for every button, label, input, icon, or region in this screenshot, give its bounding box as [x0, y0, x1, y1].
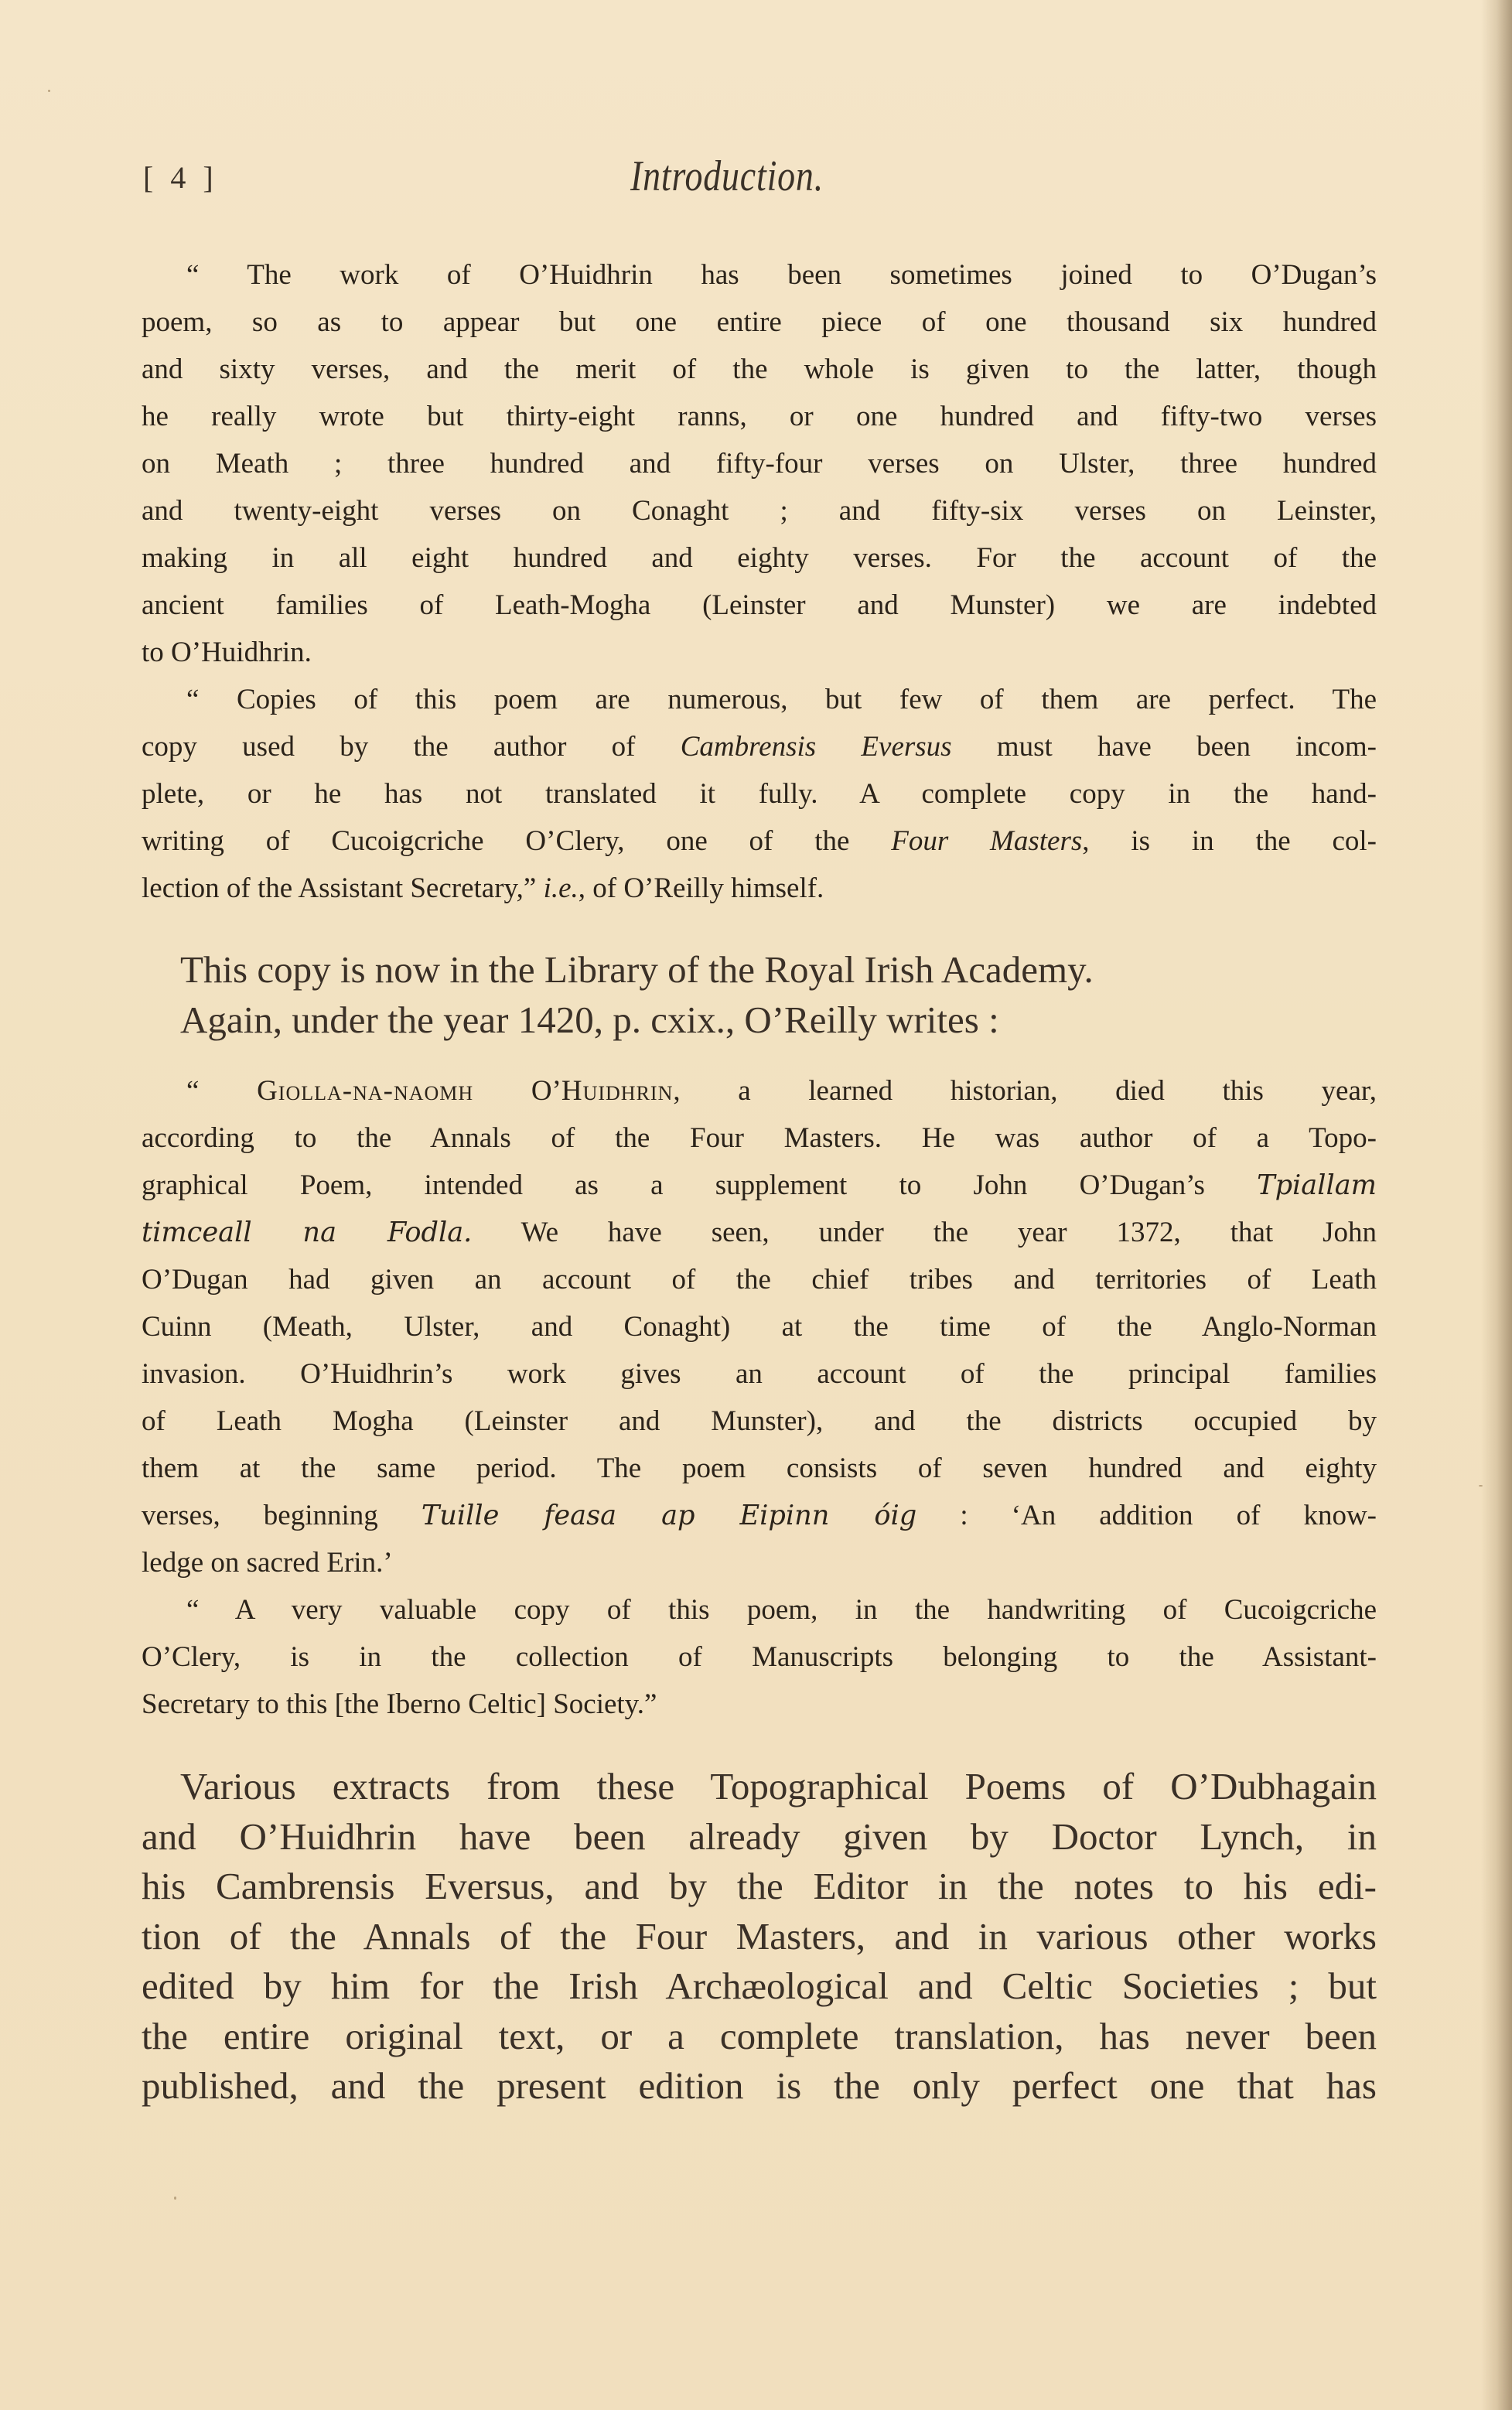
line-text: and twenty-eight verses on Conaght ; and…: [142, 495, 1377, 527]
text-line: poem, so as to appear but one entire pie…: [142, 299, 1377, 346]
paper-speck: [1479, 1485, 1483, 1487]
italic-title: Cambrensis Eversus: [681, 731, 952, 763]
text-line: according to the Annals of the Four Mast…: [142, 1115, 1377, 1162]
italic-title: i.e.: [544, 872, 579, 904]
line-text: making in all eight hundred and eighty v…: [142, 542, 1377, 574]
italic-title: Four Masters: [891, 825, 1082, 857]
line-text: he really wrote but thirty-eight ranns, …: [142, 401, 1377, 432]
text-block-narrative-1: This copy is now in the Library of the R…: [142, 945, 1377, 1045]
text-line: them at the same period. The poem consis…: [142, 1445, 1377, 1492]
text-line: Secretary to this [the Iberno Celtic] So…: [142, 1681, 1377, 1728]
line-text: edited by him for the Irish Archæologica…: [142, 1965, 1377, 2007]
book-page: [ 4 ] Introduction. “ The work of O’Huid…: [0, 0, 1512, 2410]
gaelic-text: Tuille feasa ap Eipinn óig: [422, 1500, 916, 1531]
text-line: ledge on sacred Erin.’: [142, 1539, 1377, 1586]
text-line: edited by him for the Irish Archæologica…: [142, 1961, 1377, 2012]
line-text: We have seen, under the year 1372, that …: [472, 1217, 1377, 1248]
text-line: he really wrote but thirty-eight ranns, …: [142, 393, 1377, 440]
text-line: “ The work of O’Huidhrin has been someti…: [142, 251, 1377, 299]
line-text: on Meath ; three hundred and fifty-four …: [142, 448, 1377, 480]
text-line: the entire original text, or a complete …: [142, 2012, 1377, 2062]
line-text: graphical Poem, intended as a supplement…: [142, 1169, 1257, 1201]
line-text: lection of the Assistant Secretary,”: [142, 872, 544, 904]
line-text: according to the Annals of the Four Mast…: [142, 1122, 1377, 1154]
text-line: and O’Huidhrin have been already given b…: [142, 1812, 1377, 1862]
text-block-narrative-2: Various extracts from these Topographica…: [142, 1762, 1377, 2111]
line-text: O’: [473, 1075, 561, 1107]
text-line: verses, beginning Tuille feasa ap Eipinn…: [142, 1492, 1377, 1539]
text-block-quote-2: “ Giolla-na-naomh O’Huidhrin, a learned …: [142, 1067, 1377, 1728]
line-text: plete, or he has not translated it fully…: [142, 778, 1377, 810]
text-line: “ Giolla-na-naomh O’Huidhrin, a learned …: [142, 1067, 1377, 1115]
line-text: tion of the Annals of the Four Masters, …: [142, 1915, 1377, 1958]
line-text: ancient families of Leath-Mogha (Leinste…: [142, 589, 1377, 621]
text-line: O’Dugan had given an account of the chie…: [142, 1256, 1377, 1303]
line-text: : ‘An addition of know-: [916, 1500, 1377, 1531]
line-text: and sixty verses, and the merit of the w…: [142, 353, 1377, 385]
line-text: them at the same period. The poem consis…: [142, 1452, 1377, 1484]
line-text: Various extracts from these Topographica…: [180, 1765, 1377, 1807]
text-line: “ A very valuable copy of this poem, in …: [142, 1586, 1377, 1633]
text-line: timceall na Fodla. We have seen, under t…: [142, 1209, 1377, 1256]
line-text: of Leath Mogha (Leinster and Munster), a…: [142, 1405, 1377, 1437]
text-line: and twenty-eight verses on Conaght ; and…: [142, 487, 1377, 534]
text-line: to O’Huidhrin.: [142, 629, 1377, 676]
text-block-quote-1: “ The work of O’Huidhrin has been someti…: [142, 251, 1377, 912]
small-caps-name: Huidhrin: [561, 1075, 673, 1107]
line-text: “: [186, 1075, 257, 1107]
text-line: This copy is now in the Library of the R…: [142, 945, 1377, 995]
text-line: O’Clery, is in the collection of Manuscr…: [142, 1633, 1377, 1681]
line-text: O’Dugan had given an account of the chie…: [142, 1264, 1377, 1295]
text-line: ancient families of Leath-Mogha (Leinste…: [142, 582, 1377, 629]
line-text: writing of Cucoigcriche O’Clery, one of …: [142, 825, 891, 857]
line-text: Again, under the year 1420, p. cxix., O’…: [180, 998, 999, 1041]
line-text: copy used by the author of: [142, 731, 681, 763]
text-line: tion of the Annals of the Four Masters, …: [142, 1912, 1377, 1962]
text-line: writing of Cucoigcriche O’Clery, one of …: [142, 818, 1377, 865]
text-line: “ Copies of this poem are numerous, but …: [142, 676, 1377, 723]
line-text: This copy is now in the Library of the R…: [180, 948, 1094, 991]
line-text: ledge on sacred Erin.’: [142, 1547, 393, 1579]
small-caps-name: Giolla-na-naomh: [257, 1075, 473, 1107]
paper-speck: [174, 2197, 176, 2200]
text-line: plete, or he has not translated it fully…: [142, 770, 1377, 818]
line-text: , a learned historian, died this year,: [673, 1075, 1377, 1107]
text-line: graphical Poem, intended as a supplement…: [142, 1162, 1377, 1209]
text-line: making in all eight hundred and eighty v…: [142, 534, 1377, 582]
text-line: copy used by the author of Cambrensis Ev…: [142, 723, 1377, 770]
line-text: invasion. O’Huidhrin’s work gives an acc…: [142, 1358, 1377, 1390]
line-text: the entire original text, or a complete …: [142, 2015, 1377, 2057]
gaelic-text: Tpiallam: [1257, 1169, 1377, 1201]
line-text: O’Clery, is in the collection of Manuscr…: [142, 1641, 1377, 1673]
text-line: Various extracts from these Topographica…: [142, 1762, 1377, 1812]
line-text: Secretary to this [the Iberno Celtic] So…: [142, 1688, 657, 1720]
line-text: to O’Huidhrin.: [142, 637, 312, 668]
line-text: “ A very valuable copy of this poem, in …: [186, 1594, 1377, 1626]
line-text: “ Copies of this poem are numerous, but …: [186, 684, 1377, 715]
line-text: must have been incom-: [952, 731, 1377, 763]
text-line: his Cambrensis Eversus, and by the Edito…: [142, 1862, 1377, 1912]
text-line: invasion. O’Huidhrin’s work gives an acc…: [142, 1350, 1377, 1398]
running-head: [ 4 ] Introduction.: [0, 152, 1512, 206]
text-line: published, and the present edition is th…: [142, 2061, 1377, 2111]
text-line: on Meath ; three hundred and fifty-four …: [142, 440, 1377, 487]
text-line: lection of the Assistant Secretary,” i.e…: [142, 865, 1377, 912]
line-text: , is in the col-: [1082, 825, 1377, 857]
text-line: of Leath Mogha (Leinster and Munster), a…: [142, 1398, 1377, 1445]
line-text: published, and the present edition is th…: [142, 2064, 1377, 2107]
line-text: “ The work of O’Huidhrin has been someti…: [186, 259, 1377, 291]
running-head-title: Introduction.: [630, 152, 824, 201]
line-text: , of O’Reilly himself.: [579, 872, 824, 904]
line-text: his Cambrensis Eversus, and by the Edito…: [142, 1865, 1377, 1907]
text-line: and sixty verses, and the merit of the w…: [142, 346, 1377, 393]
line-text: verses, beginning: [142, 1500, 422, 1531]
line-text: and O’Huidhrin have been already given b…: [142, 1815, 1377, 1858]
gaelic-text: timceall na Fodla.: [142, 1217, 472, 1248]
line-text: poem, so as to appear but one entire pie…: [142, 306, 1377, 338]
text-line: Again, under the year 1420, p. cxix., O’…: [142, 995, 1377, 1046]
text-line: Cuinn (Meath, Ulster, and Conaght) at th…: [142, 1303, 1377, 1350]
paper-speck: [48, 90, 50, 92]
page-number: [ 4 ]: [143, 159, 218, 196]
line-text: Cuinn (Meath, Ulster, and Conaght) at th…: [142, 1311, 1377, 1343]
